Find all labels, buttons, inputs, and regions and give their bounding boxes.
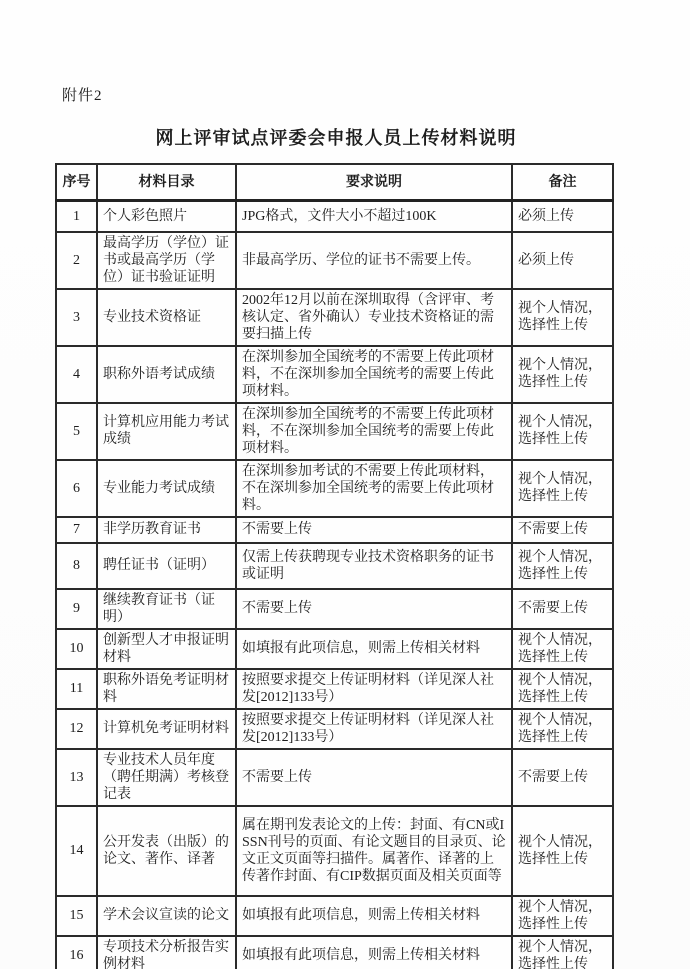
requirement-cell: 在深圳参加全国统考的不需要上传此项材料，不在深圳参加全国统考的需要上传此项材料。 bbox=[236, 346, 512, 403]
note-cell: 视个人情况，选择性上传 bbox=[512, 289, 613, 346]
table-header-row: 序号 材料目录 要求说明 备注 bbox=[56, 164, 613, 201]
note-cell: 必须上传 bbox=[512, 201, 613, 232]
requirement-cell: 不需要上传 bbox=[236, 589, 512, 629]
row-number-cell: 10 bbox=[56, 629, 97, 669]
requirement-cell: 非最高学历、学位的证书不需要上传。 bbox=[236, 232, 512, 289]
table-row: 3 专业技术资格证 2002年12月以前在深圳取得（含评审、考核认定、省外确认）… bbox=[56, 289, 613, 346]
material-catalog-cell: 继续教育证书（证明） bbox=[97, 589, 236, 629]
requirement-cell: 仅需上传获聘现专业技术资格职务的证书或证明 bbox=[236, 543, 512, 589]
requirement-cell: 按照要求提交上传证明材料（详见深人社发[2012]133号） bbox=[236, 709, 512, 749]
table-row: 9 继续教育证书（证明） 不需要上传 不需要上传 bbox=[56, 589, 613, 629]
material-catalog-cell: 聘任证书（证明） bbox=[97, 543, 236, 589]
row-number-cell: 16 bbox=[56, 936, 97, 969]
row-number-cell: 8 bbox=[56, 543, 97, 589]
note-cell: 视个人情况，选择性上传 bbox=[512, 403, 613, 460]
note-cell: 视个人情况，选择性上传 bbox=[512, 806, 613, 896]
table-row: 14 公开发表（出版）的论文、著作、译著 属在期刊发表论文的上传：封面、有CN或… bbox=[56, 806, 613, 896]
materials-table: 序号 材料目录 要求说明 备注 1 个人彩色照片 JPG格式，文件大小不超过10… bbox=[55, 163, 614, 969]
table-row: 13 专业技术人员年度（聘任期满）考核登记表 不需要上传 不需要上传 bbox=[56, 749, 613, 806]
material-catalog-cell: 职称外语考试成绩 bbox=[97, 346, 236, 403]
header-requirement: 要求说明 bbox=[236, 164, 512, 201]
row-number-cell: 5 bbox=[56, 403, 97, 460]
attachment-label: 附件2 bbox=[62, 84, 103, 105]
header-note: 备注 bbox=[512, 164, 613, 201]
material-catalog-cell: 专业技术人员年度（聘任期满）考核登记表 bbox=[97, 749, 236, 806]
note-cell: 视个人情况，选择性上传 bbox=[512, 669, 613, 709]
note-cell: 视个人情况，选择性上传 bbox=[512, 346, 613, 403]
table-row: 5 计算机应用能力考试成绩 在深圳参加全国统考的不需要上传此项材料，不在深圳参加… bbox=[56, 403, 613, 460]
requirement-cell: 2002年12月以前在深圳取得（含评审、考核认定、省外确认）专业技术资格证的需要… bbox=[236, 289, 512, 346]
row-number-cell: 9 bbox=[56, 589, 97, 629]
note-cell: 视个人情况，选择性上传 bbox=[512, 543, 613, 589]
table-row: 6 专业能力考试成绩 在深圳参加考试的不需要上传此项材料，不在深圳参加全国统考的… bbox=[56, 460, 613, 517]
row-number-cell: 12 bbox=[56, 709, 97, 749]
material-catalog-cell: 非学历教育证书 bbox=[97, 517, 236, 543]
table-row: 10 创新型人才申报证明材料 如填报有此项信息，则需上传相关材料 视个人情况，选… bbox=[56, 629, 613, 669]
requirement-cell: 在深圳参加考试的不需要上传此项材料，不在深圳参加全国统考的需要上传此项材料。 bbox=[236, 460, 512, 517]
row-number-cell: 7 bbox=[56, 517, 97, 543]
requirement-cell: 如填报有此项信息，则需上传相关材料 bbox=[236, 896, 512, 936]
page-title: 网上评审试点评委会申报人员上传材料说明 bbox=[0, 124, 672, 150]
table-body: 1 个人彩色照片 JPG格式，文件大小不超过100K 必须上传 2 最高学历（学… bbox=[56, 201, 613, 969]
requirement-cell: 在深圳参加全国统考的不需要上传此项材料，不在深圳参加全国统考的需要上传此项材料。 bbox=[236, 403, 512, 460]
row-number-cell: 4 bbox=[56, 346, 97, 403]
material-catalog-cell: 创新型人才申报证明材料 bbox=[97, 629, 236, 669]
note-cell: 不需要上传 bbox=[512, 589, 613, 629]
material-catalog-cell: 专业技术资格证 bbox=[97, 289, 236, 346]
table-row: 15 学术会议宣读的论文 如填报有此项信息，则需上传相关材料 视个人情况，选择性… bbox=[56, 896, 613, 936]
header-serial-number: 序号 bbox=[56, 164, 97, 201]
material-catalog-cell: 职称外语免考证明材料 bbox=[97, 669, 236, 709]
requirement-cell: 不需要上传 bbox=[236, 517, 512, 543]
row-number-cell: 1 bbox=[56, 201, 97, 232]
material-catalog-cell: 专项技术分析报告实例材料 bbox=[97, 936, 236, 969]
row-number-cell: 3 bbox=[56, 289, 97, 346]
material-catalog-cell: 计算机免考证明材料 bbox=[97, 709, 236, 749]
note-cell: 视个人情况，选择性上传 bbox=[512, 709, 613, 749]
note-cell: 不需要上传 bbox=[512, 517, 613, 543]
row-number-cell: 15 bbox=[56, 896, 97, 936]
note-cell: 视个人情况，选择性上传 bbox=[512, 936, 613, 969]
row-number-cell: 13 bbox=[56, 749, 97, 806]
table-row: 12 计算机免考证明材料 按照要求提交上传证明材料（详见深人社发[2012]13… bbox=[56, 709, 613, 749]
requirement-cell: 按照要求提交上传证明材料（详见深人社发[2012]133号） bbox=[236, 669, 512, 709]
row-number-cell: 14 bbox=[56, 806, 97, 896]
requirement-cell: 属在期刊发表论文的上传：封面、有CN或ISSN刊号的页面、有论文题目的目录页、论… bbox=[236, 806, 512, 896]
table-row: 2 最高学历（学位）证书或最高学历（学位）证书验证证明 非最高学历、学位的证书不… bbox=[56, 232, 613, 289]
material-catalog-cell: 最高学历（学位）证书或最高学历（学位）证书验证证明 bbox=[97, 232, 236, 289]
header-material-catalog: 材料目录 bbox=[97, 164, 236, 201]
note-cell: 视个人情况，选择性上传 bbox=[512, 629, 613, 669]
requirement-cell: 如填报有此项信息，则需上传相关材料 bbox=[236, 629, 512, 669]
row-number-cell: 6 bbox=[56, 460, 97, 517]
material-catalog-cell: 专业能力考试成绩 bbox=[97, 460, 236, 517]
material-catalog-cell: 公开发表（出版）的论文、著作、译著 bbox=[97, 806, 236, 896]
note-cell: 不需要上传 bbox=[512, 749, 613, 806]
note-cell: 视个人情况，选择性上传 bbox=[512, 460, 613, 517]
table-row: 7 非学历教育证书 不需要上传 不需要上传 bbox=[56, 517, 613, 543]
table-row: 11 职称外语免考证明材料 按照要求提交上传证明材料（详见深人社发[2012]1… bbox=[56, 669, 613, 709]
material-catalog-cell: 学术会议宣读的论文 bbox=[97, 896, 236, 936]
material-catalog-cell: 个人彩色照片 bbox=[97, 201, 236, 232]
document-page: 附件2 网上评审试点评委会申报人员上传材料说明 序号 材料目录 要求说明 备注 … bbox=[0, 0, 690, 969]
material-catalog-cell: 计算机应用能力考试成绩 bbox=[97, 403, 236, 460]
row-number-cell: 2 bbox=[56, 232, 97, 289]
row-number-cell: 11 bbox=[56, 669, 97, 709]
table-row: 1 个人彩色照片 JPG格式，文件大小不超过100K 必须上传 bbox=[56, 201, 613, 232]
table-row: 16 专项技术分析报告实例材料 如填报有此项信息，则需上传相关材料 视个人情况，… bbox=[56, 936, 613, 969]
note-cell: 视个人情况，选择性上传 bbox=[512, 896, 613, 936]
table-row: 8 聘任证书（证明） 仅需上传获聘现专业技术资格职务的证书或证明 视个人情况，选… bbox=[56, 543, 613, 589]
note-cell: 必须上传 bbox=[512, 232, 613, 289]
table-row: 4 职称外语考试成绩 在深圳参加全国统考的不需要上传此项材料，不在深圳参加全国统… bbox=[56, 346, 613, 403]
requirement-cell: 如填报有此项信息，则需上传相关材料 bbox=[236, 936, 512, 969]
requirement-cell: JPG格式，文件大小不超过100K bbox=[236, 201, 512, 232]
requirement-cell: 不需要上传 bbox=[236, 749, 512, 806]
